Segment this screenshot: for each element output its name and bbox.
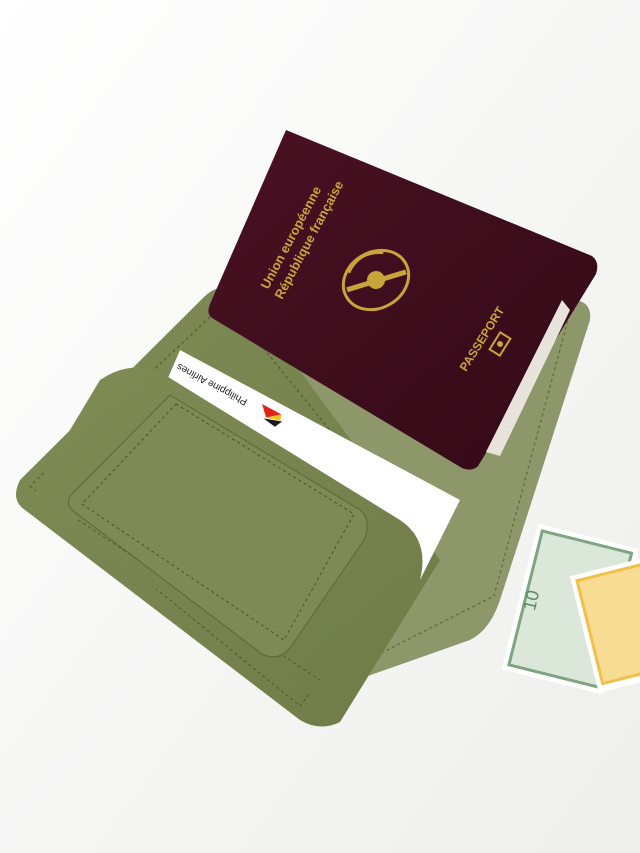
product-photo: Philippine Airlines DEBIT Union européen… [0,0,640,853]
